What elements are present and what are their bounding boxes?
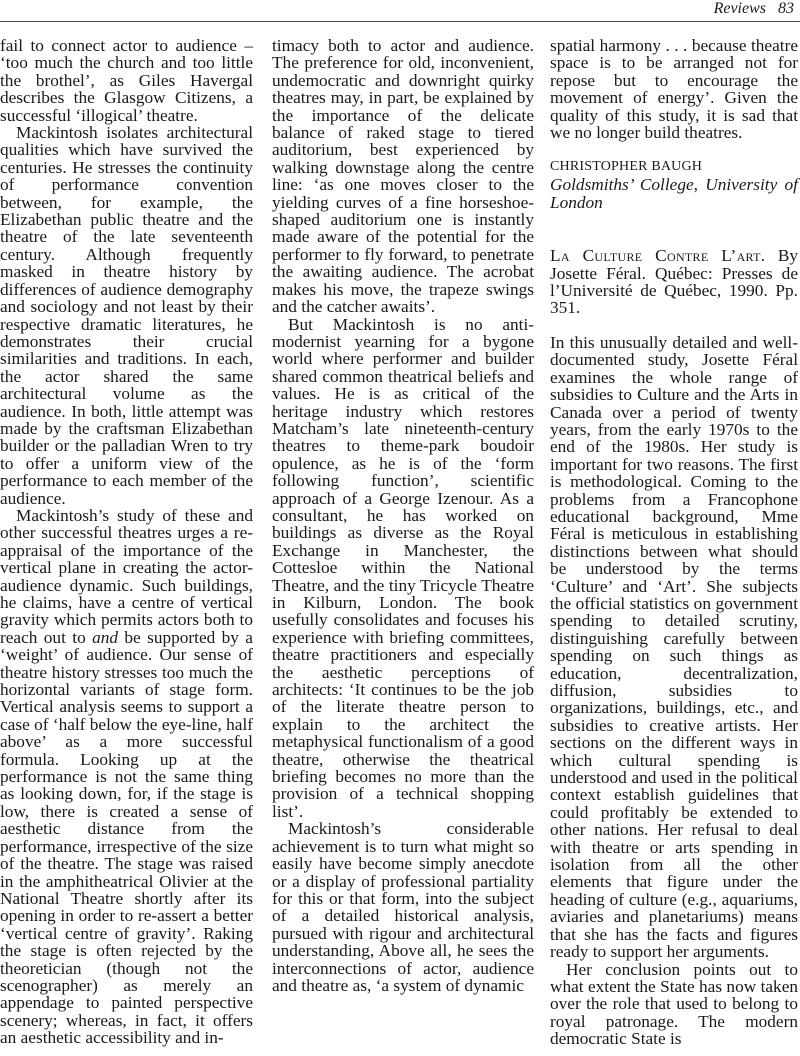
paragraph: In this unusually detailed and well-docu…	[550, 334, 798, 961]
paragraph: But Mackintosh is no anti-modernist year…	[272, 316, 534, 821]
header-rule	[0, 21, 800, 22]
emphasis-text: and	[92, 628, 118, 647]
paragraph: timacy both to actor and audience. The p…	[272, 37, 534, 316]
running-head: Reviews83	[714, 0, 794, 20]
column-2: timacy both to actor and audience. The p…	[272, 37, 534, 994]
paragraph: Her conclusion points out to what extent…	[550, 961, 798, 1048]
paragraph: Mackintosh’s study of these and other su…	[0, 507, 253, 1047]
paragraph: Mackintosh’s considerable achievement is…	[272, 820, 534, 994]
reviewer-signature: CHRISTOPHER BAUGH Goldsmiths’ College, U…	[550, 158, 798, 211]
review-body: In this unusually detailed and well-docu…	[550, 334, 798, 1048]
page-number: 83	[778, 0, 794, 17]
book-title: La Culture Contre L’art.	[550, 246, 765, 265]
column-1: fail to connect actor to audience – ‘too…	[0, 37, 253, 1047]
paragraph-continuation: spatial harmony . . . because theatre sp…	[550, 37, 798, 141]
reviewer-affiliation: Goldsmiths’ College, University of Londo…	[550, 176, 798, 211]
paragraph-text: be supported by a ‘weight’ of audience. …	[0, 628, 253, 1047]
paragraph: fail to connect actor to audience – ‘too…	[0, 37, 253, 124]
paragraph-text: Mackintosh’s study of these and other su…	[0, 506, 253, 647]
section-title: Reviews	[714, 0, 766, 17]
reviewer-name: CHRISTOPHER BAUGH	[550, 158, 798, 176]
column-3: spatial harmony . . . because theatre sp…	[550, 37, 798, 1048]
paragraph: Mackintosh isolates architectural qualit…	[0, 124, 253, 507]
book-citation: La Culture Contre L’art. By Josette Féra…	[550, 247, 798, 317]
